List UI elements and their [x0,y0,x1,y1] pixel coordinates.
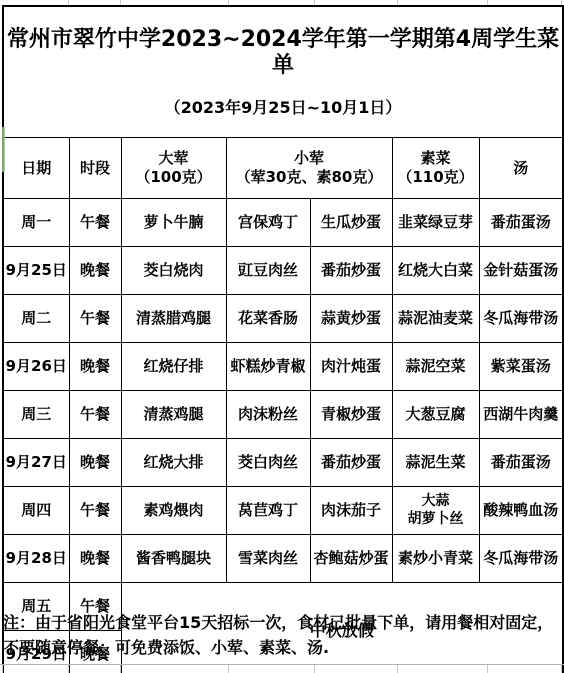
spreadsheet-gridline [228,665,229,673]
table-row: 周三 午餐 清蒸鸡腿 肉沫粉丝 青椒炒蛋 大葱豆腐 西湖牛肉羹 [3,391,563,439]
soup-cell: 西湖牛肉羹 [479,391,563,439]
date-cell: 9月25日 [3,247,69,295]
semi-dish-cell-2: 肉汁炖蛋 [310,343,392,391]
semi-dish-cell-1: 茭白肉丝 [226,439,310,487]
title-cell: 常州市翠竹中学2023~2024学年第一学期第4周学生菜单 （2023年9月25… [3,6,563,138]
spreadsheet-gridline [0,664,564,665]
main-dish-cell: 素鸡煨肉 [121,487,226,535]
semi-dish-cell-1: 雪菜肉丝 [226,535,310,583]
page-subtitle: （2023年9月25日~10月1日） [4,98,562,117]
period-cell: 午餐 [69,295,121,343]
semi-dish-cell-2: 番茄炒蛋 [310,247,392,295]
soup-cell: 番茄蛋汤 [479,439,563,487]
spreadsheet-gridline [2,665,3,673]
veg-dish-cell: 素炒小青菜 [392,535,479,583]
header-semi-dish: 小荤 （荤30克、素80克） [226,138,392,199]
table-row: 9月28日 晚餐 酱香鸭腿块 雪菜肉丝 杏鲍菇炒蛋 素炒小青菜 冬瓜海带汤 [3,535,563,583]
semi-dish-cell-2: 青椒炒蛋 [310,391,392,439]
semi-dish-cell-1: 肉沫粉丝 [226,391,310,439]
veg-dish-cell: 大葱豆腐 [392,391,479,439]
soup-cell: 紫菜蛋汤 [479,343,563,391]
veg-dish-cell: 大蒜 胡萝卜丝 [392,487,479,535]
spreadsheet-gridline [487,665,488,673]
semi-dish-cell-1: 莴苣鸡丁 [226,487,310,535]
period-cell: 午餐 [69,487,121,535]
main-dish-cell: 清蒸腊鸡腿 [121,295,226,343]
soup-cell: 番茄蛋汤 [479,199,563,247]
header-date: 日期 [3,138,69,199]
selection-highlight [2,127,5,172]
header-period: 时段 [69,138,121,199]
spreadsheet-gridline [314,665,315,673]
semi-dish-cell-1: 虾糕炒青椒 [226,343,310,391]
table-row: 9月27日 晚餐 红烧大排 茭白肉丝 番茄炒蛋 蒜泥生菜 番茄蛋汤 [3,439,563,487]
main-dish-cell: 萝卜牛腩 [121,199,226,247]
veg-dish-cell: 红烧大白菜 [392,247,479,295]
semi-dish-cell-1: 豇豆肉丝 [226,247,310,295]
soup-cell: 冬瓜海带汤 [479,535,563,583]
table-row: 周一 午餐 萝卜牛腩 宫保鸡丁 生瓜炒蛋 韭菜绿豆芽 番茄蛋汤 [3,199,563,247]
table-row: 周二 午餐 清蒸腊鸡腿 花菜香肠 蒜黄炒蛋 蒜泥油麦菜 冬瓜海带汤 [3,295,563,343]
veg-dish-cell: 蒜泥生菜 [392,439,479,487]
soup-cell: 冬瓜海带汤 [479,295,563,343]
semi-dish-cell-2: 蒜黄炒蛋 [310,295,392,343]
period-cell: 午餐 [69,199,121,247]
main-dish-cell: 茭白烧肉 [121,247,226,295]
table-row: 周四 午餐 素鸡煨肉 莴苣鸡丁 肉沫茄子 大蒜 胡萝卜丝 酸辣鸭血汤 [3,487,563,535]
semi-dish-cell-1: 宫保鸡丁 [226,199,310,247]
period-cell: 晚餐 [69,535,121,583]
veg-dish-cell: 蒜泥油麦菜 [392,295,479,343]
semi-dish-cell-2: 番茄炒蛋 [310,439,392,487]
date-cell: 周二 [3,295,69,343]
period-cell: 晚餐 [69,247,121,295]
page-title: 常州市翠竹中学2023~2024学年第一学期第4周学生菜单 [4,27,562,80]
header-veg-dish: 素菜 （110克） [392,138,479,199]
semi-dish-cell-1: 花菜香肠 [226,295,310,343]
main-dish-cell: 红烧大排 [121,439,226,487]
semi-dish-cell-2: 肉沫茄子 [310,487,392,535]
soup-cell: 金针菇蛋汤 [479,247,563,295]
veg-dish-cell: 蒜泥空菜 [392,343,479,391]
semi-dish-cell-2: 生瓜炒蛋 [310,199,392,247]
semi-dish-cell-2: 杏鲍菇炒蛋 [310,535,392,583]
menu-table: 常州市翠竹中学2023~2024学年第一学期第4周学生菜单 （2023年9月25… [2,5,564,673]
main-dish-cell: 清蒸鸡腿 [121,391,226,439]
date-cell: 9月28日 [3,535,69,583]
date-cell: 周一 [3,199,69,247]
date-cell: 9月26日 [3,343,69,391]
note-text: 注：由于省阳光食堂平台15天招标一次，食材已批量下单，请用餐相对固定，不要随意停… [3,611,561,661]
spreadsheet-gridline [397,665,398,673]
spreadsheet-gridline [561,665,562,673]
spreadsheet-gridline [68,665,69,673]
table-row: 9月25日 晚餐 茭白烧肉 豇豆肉丝 番茄炒蛋 红烧大白菜 金针菇蛋汤 [3,247,563,295]
period-cell: 晚餐 [69,343,121,391]
header-main-dish: 大荤 （100克） [121,138,226,199]
date-cell: 周三 [3,391,69,439]
header-soup: 汤 [479,138,563,199]
main-dish-cell: 酱香鸭腿块 [121,535,226,583]
period-cell: 晚餐 [69,439,121,487]
veg-dish-cell: 韭菜绿豆芽 [392,199,479,247]
main-dish-cell: 红烧仔排 [121,343,226,391]
spreadsheet-gridline [120,665,121,673]
period-cell: 午餐 [69,391,121,439]
soup-cell: 酸辣鸭血汤 [479,487,563,535]
date-cell: 周四 [3,487,69,535]
table-row: 9月26日 晚餐 红烧仔排 虾糕炒青椒 肉汁炖蛋 蒜泥空菜 紫菜蛋汤 [3,343,563,391]
date-cell: 9月27日 [3,439,69,487]
